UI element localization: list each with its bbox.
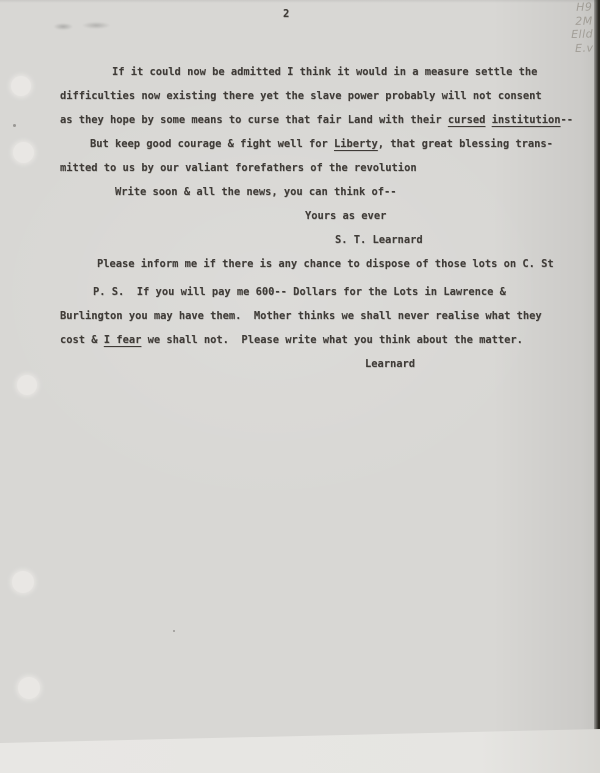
typed-text: , that great blessing trans-	[378, 138, 553, 150]
typed-text: Please inform me if there is any chance …	[97, 258, 554, 270]
typed-text: Yours as ever	[305, 210, 386, 222]
paper-speck	[173, 630, 175, 632]
typed-text: cost &	[60, 334, 104, 346]
typed-text: as they hope by some means to curse that…	[60, 114, 448, 126]
typed-line-postscript: P. S. If you will pay me 600-- Dollars f…	[93, 280, 595, 304]
typed-line: Burlington you may have them. Mother thi…	[60, 304, 595, 328]
typed-line: difficulties now existing there yet the …	[60, 84, 595, 108]
punch-hole-mark	[11, 76, 31, 96]
typed-line-closing: Yours as ever	[305, 204, 595, 228]
underlined-text: institution	[492, 114, 561, 126]
page-number: 2	[283, 8, 289, 20]
document-page: 2 H9 2M Elld E.v If it could now be admi…	[0, 0, 600, 773]
paper-speck	[13, 124, 16, 127]
typed-letter-body: If it could now be admitted I think it w…	[60, 60, 595, 376]
punch-hole-mark	[13, 142, 34, 163]
typed-text: we shall not. Please write what you thin…	[141, 334, 523, 346]
typed-line: mitted to us by our valiant forefathers …	[60, 156, 595, 180]
typed-text: --	[561, 114, 574, 126]
typed-text: S. T. Learnard	[335, 234, 423, 246]
typed-text: Write soon & all the news, you can think…	[115, 186, 397, 198]
underlined-text: Liberty	[334, 138, 378, 150]
typed-text: Learnard	[365, 358, 415, 370]
typed-line-signature: S. T. Learnard	[335, 228, 595, 252]
typed-text: Burlington you may have them. Mother thi…	[60, 310, 542, 322]
typed-line: Please inform me if there is any chance …	[97, 252, 595, 276]
typed-line: But keep good courage & fight well for L…	[90, 132, 595, 156]
typed-text: difficulties now existing there yet the …	[60, 90, 542, 102]
punch-hole-mark	[18, 677, 40, 699]
typed-text: mitted to us by our valiant forefathers …	[60, 162, 417, 174]
punch-hole-mark	[12, 571, 34, 593]
bottom-sheet-edge	[0, 727, 600, 773]
typed-line: Write soon & all the news, you can think…	[115, 180, 595, 204]
typed-text: P. S. If you will pay me 600-- Dollars f…	[93, 286, 506, 298]
typed-line: If it could now be admitted I think it w…	[112, 60, 595, 84]
pencil-annotation: H9 2M Elld E.v	[552, 0, 593, 55]
typed-line-signature: Learnard	[365, 352, 595, 376]
pencil-annotation-line: Elld	[553, 27, 593, 42]
typed-line: cost & I fear we shall not. Please write…	[60, 328, 595, 352]
punch-hole-mark	[17, 375, 37, 395]
underlined-text: I fear	[104, 334, 142, 346]
pencil-annotation-line: 2M	[553, 14, 593, 29]
smudge-mark	[50, 20, 116, 32]
typed-text: But keep good courage & fight well for	[90, 138, 334, 150]
pencil-annotation-line: H9	[552, 0, 592, 15]
typed-text: If it could now be admitted I think it w…	[112, 66, 537, 78]
underlined-text: cursed	[448, 114, 486, 126]
pencil-annotation-line: E.v	[553, 41, 593, 56]
typed-line: as they hope by some means to curse that…	[60, 108, 595, 132]
